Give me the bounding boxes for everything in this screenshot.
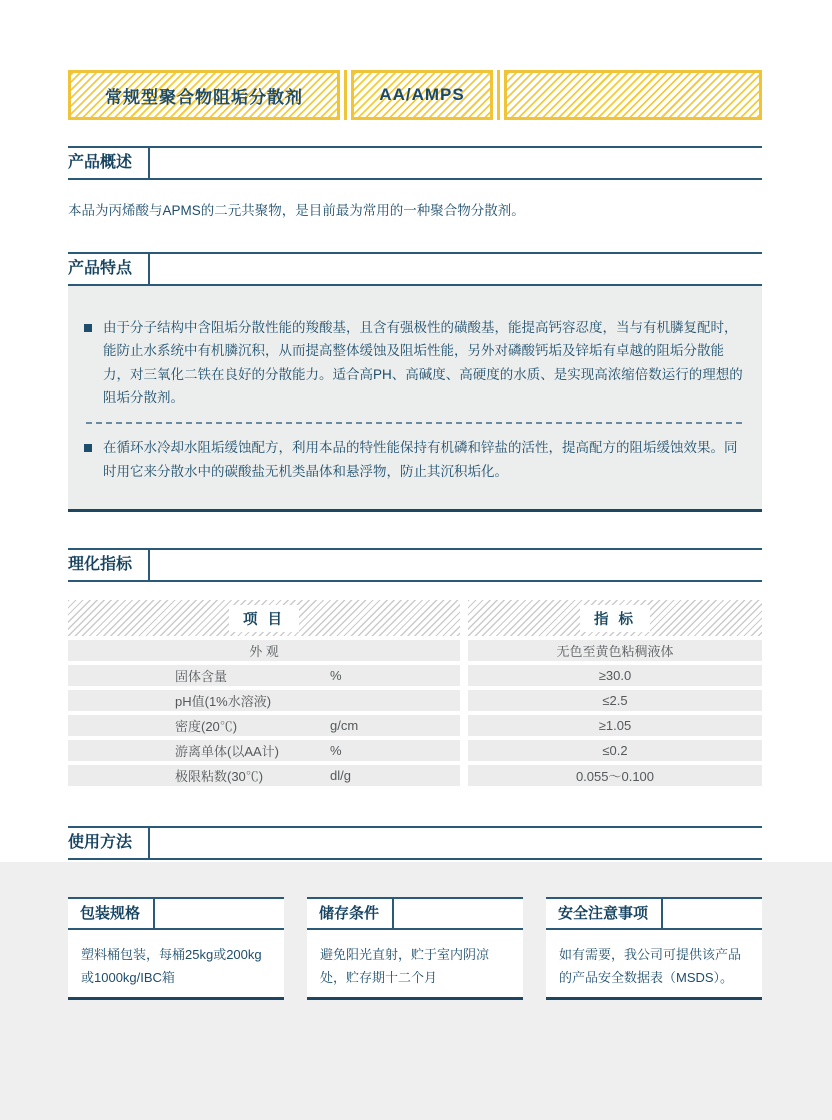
table-cell-value: 无色至黄色粘稠液体 xyxy=(468,640,762,661)
dashed-divider xyxy=(86,422,742,424)
features-panel: 由于分子结构中含阻垢分散性能的羧酸基，且含有强极性的磺酸基，能提高钙容忍度，当与… xyxy=(68,286,762,513)
section-title-features: 产品特点 xyxy=(68,254,150,284)
table-cell-item: 极限粘数(30℃) dl/g xyxy=(68,765,460,786)
feature-bullet: 在循环水冷却水阻垢缓蚀配方，利用本品的特性能保持有机磷和锌盐的活性，提高配方的阻… xyxy=(84,436,744,483)
square-bullet-icon xyxy=(84,324,92,332)
product-code: AA/AMPS xyxy=(379,85,464,105)
storage-card-title: 储存条件 xyxy=(307,899,394,928)
item-name: 密度(20℃) xyxy=(175,716,237,735)
header-banner-row: 常规型聚合物阻垢分散剂 AA/AMPS xyxy=(68,70,762,120)
item-name: 固体含量 xyxy=(175,666,227,685)
storage-card-header: 储存条件 xyxy=(307,897,523,930)
item-name: 外 观 xyxy=(249,641,279,660)
table-row: 外 观 无色至黄色粘稠液体 xyxy=(68,640,762,661)
section-title-overview: 产品概述 xyxy=(68,148,150,178)
item-unit: g/cm xyxy=(330,718,358,733)
section-header-usage: 使用方法 xyxy=(68,826,762,860)
specs-table: 项 目 指 标 外 观 无色至黄色粘稠液体 固体含量 % ≥30.0 xyxy=(68,600,762,786)
packaging-card: 包装规格 塑料桶包装，每桶25kg或200kg或1000kg/IBC箱 xyxy=(68,897,284,1000)
item-unit: % xyxy=(330,743,342,758)
product-code-banner: AA/AMPS xyxy=(351,70,493,120)
footer-cards: 包装规格 塑料桶包装，每桶25kg或200kg或1000kg/IBC箱 储存条件… xyxy=(68,897,762,1000)
table-cell-value: ≥30.0 xyxy=(468,665,762,686)
table-row: 固体含量 % ≥30.0 xyxy=(68,665,762,686)
column-header-spec: 指 标 xyxy=(468,600,762,636)
section-header-specs: 理化指标 xyxy=(68,548,762,582)
item-unit: dl/g xyxy=(330,768,351,783)
item-name: pH值(1%水溶液) xyxy=(175,691,271,710)
packaging-card-header: 包装规格 xyxy=(68,897,284,930)
section-title-usage: 使用方法 xyxy=(68,828,150,858)
storage-card-text: 避免阳光直射，贮于室内阴凉处，贮存期十二个月 xyxy=(307,930,523,990)
safety-card-header: 安全注意事项 xyxy=(546,897,762,930)
square-bullet-icon xyxy=(84,444,92,452)
item-name: 极限粘数(30℃) xyxy=(175,766,263,785)
feature-bullet-text: 由于分子结构中含阻垢分散性能的羧酸基，且含有强极性的磺酸基，能提高钙容忍度，当与… xyxy=(103,316,744,411)
table-cell-item: pH值(1%水溶液) xyxy=(68,690,460,711)
item-name: 游离单体(以AA计) xyxy=(175,741,279,760)
item-unit: % xyxy=(330,668,342,683)
table-cell-value: ≤0.2 xyxy=(468,740,762,761)
feature-bullet-text: 在循环水冷却水阻垢缓蚀配方，利用本品的特性能保持有机磷和锌盐的活性，提高配方的阻… xyxy=(103,436,744,483)
storage-card: 储存条件 避免阳光直射，贮于室内阴凉处，贮存期十二个月 xyxy=(307,897,523,1000)
column-header-spec-label: 指 标 xyxy=(580,605,650,632)
product-name: 常规型聚合物阻垢分散剂 xyxy=(105,83,303,108)
table-cell-item: 游离单体(以AA计) % xyxy=(68,740,460,761)
feature-bullet: 由于分子结构中含阻垢分散性能的羧酸基，且含有强极性的磺酸基，能提高钙容忍度，当与… xyxy=(84,316,744,411)
column-header-item-label: 项 目 xyxy=(229,605,299,632)
main-content: 常规型聚合物阻垢分散剂 AA/AMPS 产品概述 本品为丙烯酸与APMS的二元共… xyxy=(0,70,832,916)
overview-text: 本品为丙烯酸与APMS的二元共聚物，是目前最为常用的一种聚合物分散剂。 xyxy=(68,200,762,222)
table-row: 极限粘数(30℃) dl/g 0.055～0.100 xyxy=(68,765,762,786)
decorative-hatched-banner xyxy=(504,70,762,120)
column-header-item: 项 目 xyxy=(68,600,460,636)
section-header-features: 产品特点 xyxy=(68,252,762,286)
banner-separator xyxy=(497,70,500,120)
table-cell-value: 0.055～0.100 xyxy=(468,765,762,786)
table-cell-item: 外 观 xyxy=(68,640,460,661)
packaging-card-text: 塑料桶包装，每桶25kg或200kg或1000kg/IBC箱 xyxy=(68,930,284,990)
table-row: 游离单体(以AA计) % ≤0.2 xyxy=(68,740,762,761)
packaging-card-title: 包装规格 xyxy=(68,899,155,928)
safety-card-text: 如有需要，我公司可提供该产品的产品安全数据表（MSDS）。 xyxy=(546,930,762,990)
banner-separator xyxy=(344,70,347,120)
product-name-banner: 常规型聚合物阻垢分散剂 xyxy=(68,70,340,120)
table-cell-item: 密度(20℃) g/cm xyxy=(68,715,460,736)
section-title-specs: 理化指标 xyxy=(68,550,150,580)
safety-card: 安全注意事项 如有需要，我公司可提供该产品的产品安全数据表（MSDS）。 xyxy=(546,897,762,1000)
table-cell-item: 固体含量 % xyxy=(68,665,460,686)
table-cell-value: ≤2.5 xyxy=(468,690,762,711)
specs-table-header: 项 目 指 标 xyxy=(68,600,762,636)
table-cell-value: ≥1.05 xyxy=(468,715,762,736)
section-header-overview: 产品概述 xyxy=(68,146,762,180)
safety-card-title: 安全注意事项 xyxy=(546,899,663,928)
table-row: pH值(1%水溶液) ≤2.5 xyxy=(68,690,762,711)
footer-band: 包装规格 塑料桶包装，每桶25kg或200kg或1000kg/IBC箱 储存条件… xyxy=(0,862,832,1120)
table-row: 密度(20℃) g/cm ≥1.05 xyxy=(68,715,762,736)
datasheet-page: 常规型聚合物阻垢分散剂 AA/AMPS 产品概述 本品为丙烯酸与APMS的二元共… xyxy=(0,0,832,1120)
